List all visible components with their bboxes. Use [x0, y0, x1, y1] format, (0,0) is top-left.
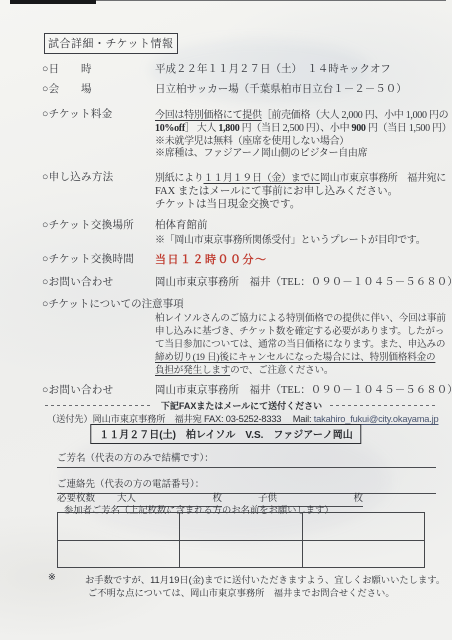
- row-notes-label: ○チケットについての注意事項: [42, 296, 442, 311]
- row-contact1: ○お問い合わせ岡山市東京事務所 福井（TEL：０９０－１０４５－５６８０）: [42, 274, 442, 289]
- row-time-label: ○チケット交換時間: [42, 251, 155, 266]
- row-time-value: 当日１２時００分～: [155, 254, 268, 266]
- participant-cell: [58, 513, 180, 541]
- notes-line5-rest: ので、ご注意ください。: [230, 365, 333, 376]
- participant-cell: [180, 540, 302, 568]
- qty-child-unit: 枚: [354, 490, 364, 504]
- row-contact2-label: ○お問い合わせ: [42, 382, 155, 397]
- row-place-note: ※「岡山市東京事務所関係受付」というプレートが目印です。: [155, 231, 442, 246]
- row-venue-value: 日立柏サッカー場（千葉県柏市日立台１－２－５０）: [155, 84, 407, 95]
- notes-line3: て当日参加については、通常の当日価格になります。また、申込みの: [155, 336, 442, 350]
- row-price-note2: ※席種は、ファジアーノ岡山側のビジター自由席: [155, 144, 442, 159]
- sendto-email: takahiro_fukui@city.okayama.jp: [314, 414, 439, 424]
- row-place: ○チケット交換場所柏体育館前: [42, 217, 442, 232]
- participant-cell: [58, 540, 180, 568]
- row-time: ○チケット交換時間当日１２時００分～: [42, 251, 442, 267]
- notes-line1: 柏レイソルさんのご協力による特別価格での提供に伴い、今回は事前: [155, 310, 442, 324]
- dashed-line: [45, 405, 153, 406]
- notes-line4: 締め切り(19 日)後にキャンセルになった場合には、特別価格料金の: [155, 349, 442, 363]
- match-info-box: １１月２７日(土) 柏レイソル V.S. ファジアーノ岡山: [90, 424, 361, 444]
- row-contact1-value: 岡山市東京事務所 福井（TEL：０９０－１０４５－５６８０）: [155, 277, 452, 288]
- row-date-label: ○日 時: [42, 61, 155, 76]
- participant-cell: [180, 513, 302, 541]
- row-venue-label: ○会 場: [42, 81, 155, 96]
- footer-line1: お手数ですが、11月19日(金)までに送付いただきますよう、宜しくお願いいたしま…: [85, 572, 445, 586]
- scanned-ticket-notice: 試合詳細・チケット情報 ○日 時平成２２年１１月２７日（土） １４時キックオフ …: [0, 0, 452, 640]
- row-place-label: ○チケット交換場所: [42, 217, 155, 232]
- footer-mark: ※: [48, 572, 56, 583]
- row-venue: ○会 場日立柏サッカー場（千葉県柏市日立台１－２－５０）: [42, 81, 442, 96]
- doc-section-title: 試合詳細・チケット情報: [44, 33, 178, 54]
- row-contact1-label: ○お問い合わせ: [42, 274, 155, 289]
- participant-cell: [302, 540, 424, 568]
- row-date: ○日 時平成２２年１１月２７日（土） １４時キックオフ: [42, 61, 442, 76]
- dashed-line: [330, 405, 438, 406]
- sendto-line: （送付先）岡山市東京事務所 福井宛 FAX: 03-5252-8333 Mail…: [47, 411, 438, 425]
- notes-line5: 負担が発生しますので、ご注意ください。: [155, 362, 442, 376]
- row-apply-label: ○申し込み方法: [42, 169, 155, 184]
- form-name-field: ご芳名（代表の方のみで結構です）：: [57, 450, 436, 468]
- sendto-text: （送付先）岡山市東京事務所 福井宛 FAX: 03-5252-8333 Mail…: [47, 414, 314, 424]
- table-row: [58, 513, 425, 541]
- row-apply-line3: チケットは当日現金交換です。: [155, 196, 442, 211]
- row-apply-line1: ○申し込み方法別紙により１１月１９日（金）までに岡山市東京事務所 福井宛に: [42, 169, 442, 184]
- row-date-value: 平成２２年１１月２７日（土） １４時キックオフ: [155, 64, 391, 75]
- participant-cell: [302, 513, 424, 541]
- participants-table: [57, 512, 425, 568]
- row-place-value: 柏体育館前: [155, 220, 208, 231]
- notes-line5-underlined: 負担が発生します: [155, 365, 230, 376]
- scan-artifact-bar: [10, 0, 96, 4]
- row-price-label: ○チケット料金: [42, 106, 155, 121]
- footer-line2: ご不明な点については、岡山市東京事務所 福井までお問合せください。: [88, 585, 395, 599]
- notes-line2: 申し込みに基づき、チケット数を確定する必要があります。したがっ: [155, 323, 442, 337]
- row-contact2: ○お問い合わせ岡山市東京事務所 福井（TEL：０９０－１０４５－５６８０）: [42, 382, 442, 397]
- table-row: [58, 540, 425, 568]
- row-contact2-value: 岡山市東京事務所 福井（TEL：０９０－１０４５－５６８０）: [155, 385, 452, 396]
